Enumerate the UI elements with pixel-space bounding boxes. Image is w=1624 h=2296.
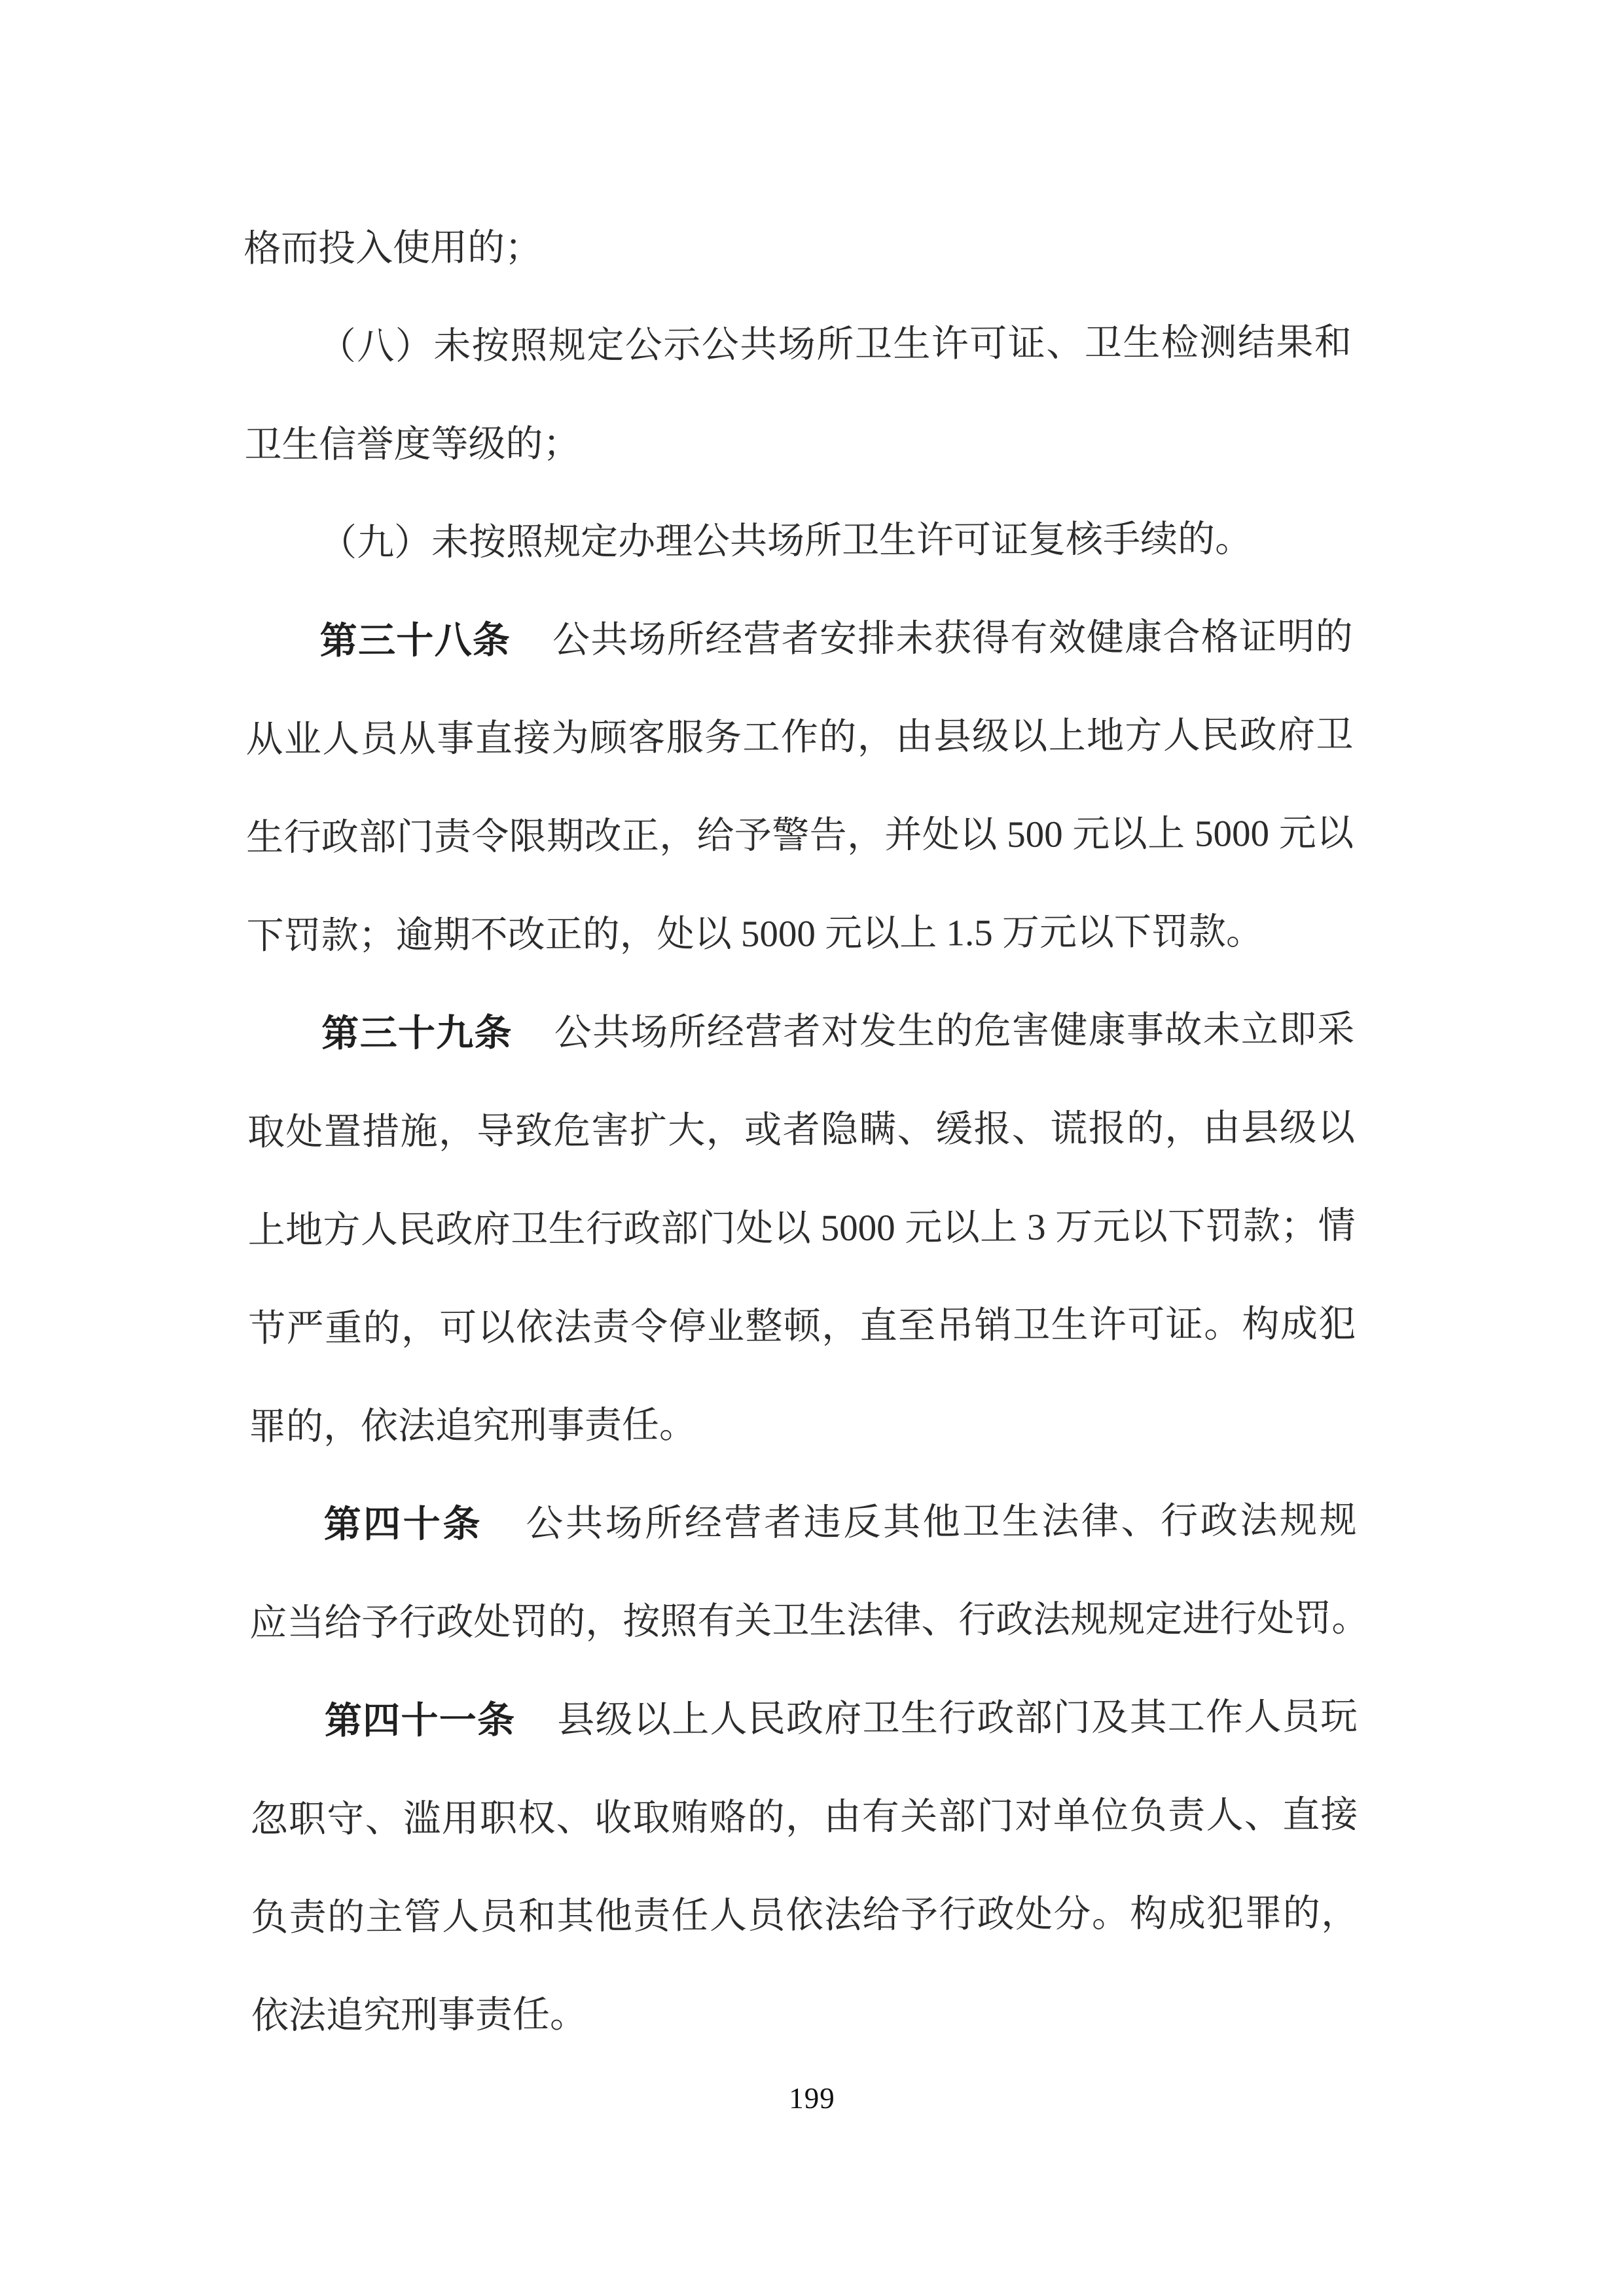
article-number: 第四十一条 — [325, 1700, 516, 1742]
article-text: 县级以上人民政府卫生行政部门及其工作人员玩 — [556, 1696, 1358, 1741]
text-line: 第三十九条 公共场所经营者对发生的危害健康事故未立即采 — [247, 981, 1355, 1084]
text-line: 格而投入使用的； — [244, 196, 1352, 298]
text-line: 忽职守、滥用职权、收取贿赂的，由有关部门对单位负责人、直接 — [250, 1767, 1358, 1869]
text-line: 第三十八条 公共场所经营者安排未获得有效健康合格证明的 — [245, 588, 1353, 691]
article-number: 第四十条 — [323, 1503, 482, 1545]
article-text: 公共场所经营者对发生的危害健康事故未立即采 — [553, 1009, 1354, 1054]
document-page: 格而投入使用的；（八）未按照规定公示公共场所卫生许可证、卫生检测结果和卫生信誉度… — [0, 0, 1624, 2296]
text-line: 依法追究刑事责任。 — [251, 1963, 1360, 2066]
text-line: 第四十一条 县级以上人民政府卫生行政部门及其工作人员玩 — [250, 1668, 1358, 1771]
text-line: 应当给予行政处罚的，按照有关卫生法律、行政法规规定进行处罚。 — [249, 1570, 1358, 1673]
article-text: 公共场所经营者安排未获得有效健康合格证明的 — [552, 617, 1353, 661]
text-line: 罪的，依法追究刑事责任。 — [249, 1374, 1357, 1477]
text-line: 节严重的，可以依法责令停业整顿，直至吊销卫生许可证。构成犯 — [248, 1276, 1356, 1378]
text-line: 从业人员从事直接为顾客服务工作的，由县级以上地方人民政府卫 — [245, 687, 1354, 789]
article-number: 第三十八条 — [320, 620, 511, 662]
article-number: 第三十九条 — [321, 1013, 513, 1054]
article-gap — [511, 592, 552, 690]
text-line: （八）未按照规定公示公共场所卫生许可证、卫生检测结果和 — [244, 294, 1352, 397]
page-number: 199 — [0, 2080, 1624, 2117]
text-line: 取处置措施，导致危害扩大，或者隐瞒、缓报、谎报的，由县级以 — [247, 1079, 1356, 1182]
article-gap — [482, 1475, 524, 1573]
text-block: 格而投入使用的；（八）未按照规定公示公共场所卫生许可证、卫生检测结果和卫生信誉度… — [244, 196, 1359, 2066]
text-line: 第四十条 公共场所经营者违反其他卫生法律、行政法规规定， — [249, 1472, 1357, 1575]
text-line: 负责的主管人员和其他责任人员依法给予行政处分。构成犯罪的， — [251, 1865, 1359, 1967]
article-gap — [515, 1672, 556, 1770]
text-line: 卫生信誉度等级的； — [244, 392, 1352, 495]
article-gap — [512, 984, 553, 1083]
text-line: 上地方人民政府卫生行政部门处以 5000 元以上 3 万元以下罚款；情 — [247, 1177, 1356, 1280]
text-line: 生行政部门责令限期改正，给予警告，并处以 500 元以上 5000 元以 — [246, 785, 1354, 888]
text-line: （九）未按照规定办理公共场所卫生许可证复核手续的。 — [245, 490, 1353, 593]
text-line: 下罚款；逾期不改正的，处以 5000 元以上 1.5 万元以下罚款。 — [246, 883, 1354, 986]
